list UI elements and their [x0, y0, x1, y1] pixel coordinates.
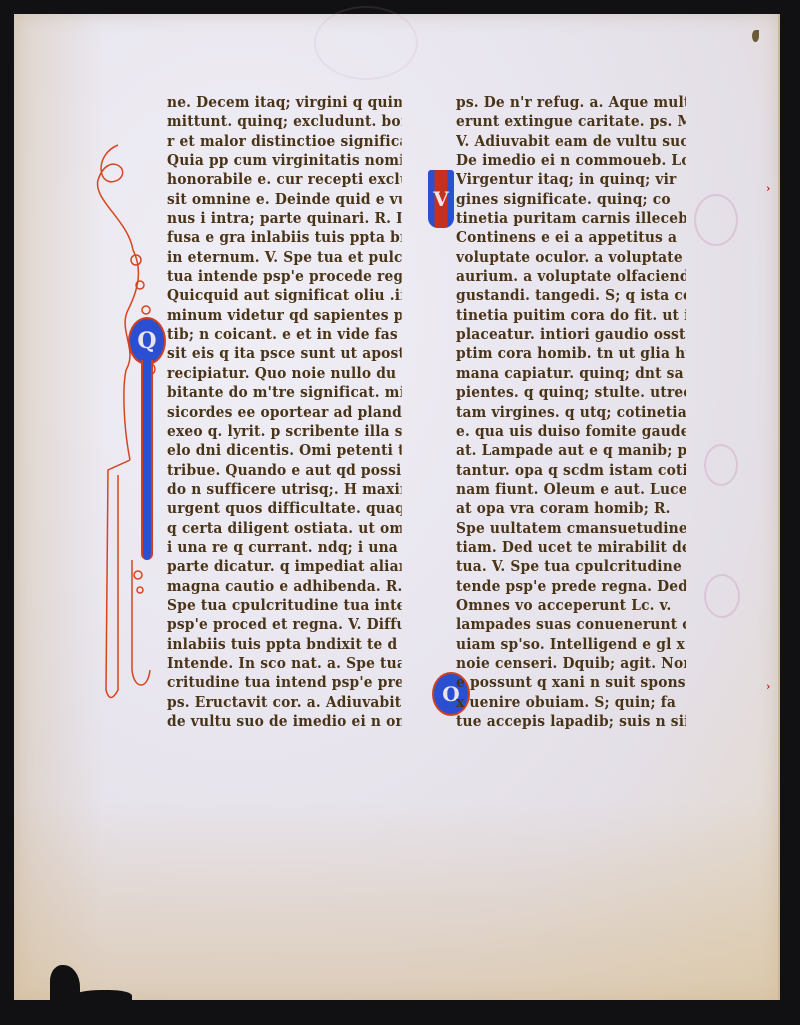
text-line: urgent quos difficultate. quaq;	[167, 499, 402, 518]
text-line: x uenire obuiam. S; quin; fa	[456, 693, 686, 712]
decorated-initial-v: V	[428, 170, 454, 228]
text-line: erunt extingue caritate. ps. Magn' d.	[456, 112, 686, 131]
text-line: honorabile e. cur recepti exclu	[167, 170, 402, 189]
text-line: ne. Decem itaq; virgini q quinq; a	[167, 93, 402, 112]
text-line: parte dicatur. q impediat aliam.	[167, 557, 402, 576]
text-line: i una re q currant. ndq; i una	[167, 538, 402, 557]
text-line: critudine tua intend psp'e prede regn.	[167, 673, 402, 692]
text-line: Omnes vo acceperunt Lc. v.	[456, 596, 686, 615]
text-line: sit eis q ita psce sunt ut apostolo	[167, 344, 402, 363]
text-line: at opa vra coram homib; R.	[456, 499, 686, 518]
text-line: do n sufficere utrisq;. H maxime a	[167, 480, 402, 499]
text-line: magna cautio e adhibenda. R.	[167, 577, 402, 596]
text-line: q certa diligent ostiata. ut omia	[167, 519, 402, 538]
text-line: tam virgines. q utq; cotinetia	[456, 403, 686, 422]
text-line: mana capiatur. quinq; dnt sa	[456, 364, 686, 383]
text-line: tib; n coicant. e et in vide fas n	[167, 325, 402, 344]
text-line: tua intende psp'e procede regn. ppta. Lc…	[167, 267, 402, 286]
text-line: gustandi. tangedi. S; q ista co	[456, 286, 686, 305]
decorated-initial-q: Q	[128, 317, 166, 365]
text-line: at. Lampade aut e q manib; por	[456, 441, 686, 460]
text-line: nus i intra; parte quinari. R. Dif	[167, 209, 402, 228]
text-line: Intende. In sco nat. a. Spe tua cpl	[167, 654, 402, 673]
text-line: ptim cora homib. tn ut glia hu	[456, 344, 686, 363]
text-line: Spe uultatem cmansuetudine q iusti	[456, 519, 686, 538]
text-line: in eternum. V. Spe tua et pulcritudine	[167, 248, 402, 267]
show-through-mark	[314, 6, 418, 80]
text-line: tue accepis lapadib; suis n sii	[456, 712, 686, 731]
text-line: tua. V. Spe tua cpulcritudine tuai	[456, 557, 686, 576]
show-through-initial	[704, 574, 740, 618]
penwork-flourish	[88, 130, 168, 710]
text-line: placeatur. intiori gaudio osste.	[456, 325, 686, 344]
text-line: V. Adiuvabit eam de vultu suo. R.	[456, 132, 686, 151]
text-line: ps. Eructavit cor. a. Adiuvabit eam	[167, 693, 402, 712]
margin-rubric-mark: ›	[766, 182, 770, 195]
text-line: Quia pp cum virginitatis nomi	[167, 151, 402, 170]
text-line: nam fiunt. Oleum e aut. Luce	[456, 480, 686, 499]
text-line: r et malor distinctioe significat.	[167, 132, 402, 151]
text-line: minum videtur qd sapientes pete	[167, 306, 402, 325]
text-line: noie censeri. Dquib; agit. Non	[456, 654, 686, 673]
initial-tail	[141, 360, 153, 560]
text-line: sicordes ee oportear ad plandu	[167, 403, 402, 422]
text-line: inlabiis tuis ppta bndixit te d i eternu…	[167, 635, 402, 654]
text-line: lampades suas conuenerunt ob	[456, 615, 686, 634]
text-line: Quicquid aut significat oliu .iij.	[167, 286, 402, 305]
text-line: pientes. q quinq; stulte. utreq;	[456, 383, 686, 402]
text-line: tinetia puitim cora do fit. ut illi	[456, 306, 686, 325]
text-line: De imedio ei n commoueb. Lc. iiij.	[456, 151, 686, 170]
text-line: fusa e gra inlabiis tuis ppta bndixit te…	[167, 228, 402, 247]
text-line: voluptate oculor. a voluptate	[456, 248, 686, 267]
torn-edge	[72, 990, 132, 1004]
text-line: Virgentur itaq; in quinq; vir	[456, 170, 686, 189]
text-line: tribue. Quando e aut qd possit dan	[167, 461, 402, 480]
text-line: tinetia puritam carnis illecebr.	[456, 209, 686, 228]
text-line: tiam. Ded ucet te mirabilit dextera	[456, 538, 686, 557]
text-line: tende psp'e prede regna. Deducet.	[456, 577, 686, 596]
text-line: aurium. a voluptate olfaciendi	[456, 267, 686, 286]
text-line: psp'e proced et regna. V. Diffusa e gra	[167, 615, 402, 634]
text-line: tantur. opa q scdm istam coti	[456, 461, 686, 480]
text-line: Continens e ei a appetitus a	[456, 228, 686, 247]
margin-rubric-mark: ›	[766, 680, 770, 693]
text-line: exeo q. lyrit. p scribente illa sua	[167, 422, 402, 441]
text-line: elo dni dicentis. Omi petenti te	[167, 441, 402, 460]
text-line: e possunt q xani n suit sponso	[456, 673, 686, 692]
text-line: de vultu suo de imedio ei n omoueb.	[167, 712, 402, 731]
text-line: bitante do m'tre significat. mi	[167, 383, 402, 402]
show-through-initial	[704, 444, 738, 486]
text-line: e. qua uis duiso fomite gaude	[456, 422, 686, 441]
right-text-column: ps. De n'r refug. a. Aque multe n potu e…	[456, 93, 706, 731]
folio-mark	[752, 30, 759, 42]
text-line: sit omnine e. Deinde quid e vult	[167, 190, 402, 209]
text-line: uiam sp'so. Intelligend e gl x	[456, 635, 686, 654]
text-line: mittunt. quinq; excludunt. bono	[167, 112, 402, 131]
text-line: ps. De n'r refug. a. Aque multe n potu	[456, 93, 686, 112]
left-text-column: ne. Decem itaq; virgini q quinq; a mittu…	[167, 93, 422, 731]
text-line: gines significate. quinq; co	[456, 190, 686, 209]
text-line: Spe tua cpulcritudine tua intende	[167, 596, 402, 615]
text-line: recipiatur. Quo noie nullo du	[167, 364, 402, 383]
